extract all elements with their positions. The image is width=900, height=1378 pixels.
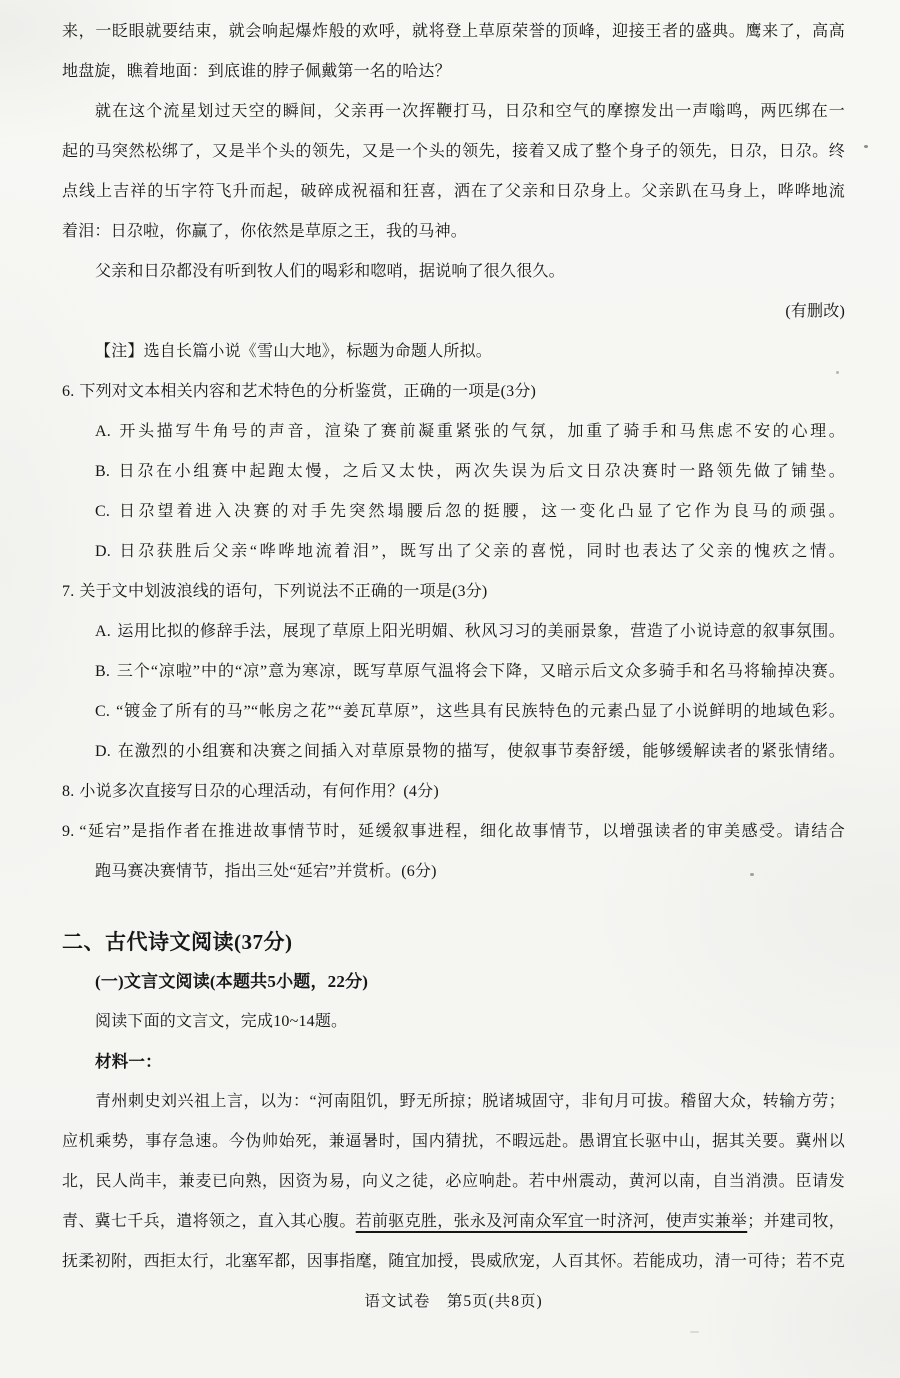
section-2-subsection-title: (一)文言文阅读(本题共5小题，22分)	[62, 962, 845, 1002]
scan-speck	[864, 145, 868, 148]
option-label: C.	[95, 503, 110, 520]
option-text: 运用比拟的修辞手法，展现了草原上阳光明媚、秋风习习的美丽景象，营造了小说诗意的叙…	[117, 623, 845, 640]
question-8-stem: 8.小说多次直接写日尕的心理活动，有何作用？(4分)	[62, 772, 845, 812]
question-9-stem-text: “延宕”是指作者在推进故事情节时，延缓叙事进程，细化故事情节，以增强读者的审美感…	[79, 823, 845, 840]
option-label: B.	[95, 463, 110, 480]
question-7-option-b: B.三个“凉啦”中的“凉”意为寒凉，既写草原气温将会下降，又暗示后文众多骑手和名…	[62, 652, 845, 692]
classical-line: 应机乘势，事存急速。今伪帅始死，兼逼暑时，国内猜扰，不暇远赴。愚谓宜长驱中山，据…	[62, 1122, 845, 1162]
question-6-number: 6.	[62, 383, 74, 400]
option-label: D.	[95, 743, 111, 760]
option-label: C.	[95, 703, 110, 720]
underlined-classical-text: 若前驱克胜，张永及河南众军宜一时济河，使声实兼举	[356, 1213, 748, 1230]
option-text: “镀金了所有的马”“帐房之花”“姜瓦草原”，这些具有民族特色的元素凸显了小说鲜明…	[116, 703, 845, 720]
option-text: 日尕在小组赛中起跑太慢，之后又太快，两次失误为后文日尕决赛时一路领先做了铺垫。	[116, 463, 845, 480]
question-7-stem-text: 关于文中划波浪线的语句，下列说法不正确的一项是(3分)	[79, 583, 487, 600]
passage-line: 来，一眨眼就要结束，就会响起爆炸般的欢呼，就将登上草原荣誉的顶峰，迎接王者的盛典…	[62, 12, 845, 52]
page-content: 来，一眨眼就要结束，就会响起爆炸般的欢呼，就将登上草原荣誉的顶峰，迎接王者的盛典…	[62, 12, 845, 1322]
question-7-stem: 7.关于文中划波浪线的语句，下列说法不正确的一项是(3分)	[62, 572, 845, 612]
passage-line: 点线上吉祥的卐字符飞升而起，破碎成祝福和狂喜，洒在了父亲和日尕身上。父亲趴在马身…	[62, 172, 845, 212]
question-7-option-a: A.运用比拟的修辞手法，展现了草原上阳光明媚、秋风习习的美丽景象，营造了小说诗意…	[62, 612, 845, 652]
page-footer: 语文试卷 第5页(共8页)	[62, 1282, 845, 1322]
option-text: 在激烈的小组赛和决赛之间插入对草原景物的描写，使叙事节奏舒缓，能够缓解读者的紧张…	[117, 743, 845, 760]
option-text: 日尕获胜后父亲“哗哗地流着泪”，既写出了父亲的喜悦，同时也表达了父亲的愧疚之情。	[117, 543, 845, 560]
passage-line: 地盘旋，瞧着地面：到底谁的脖子佩戴第一名的哈达？	[62, 52, 845, 92]
section-2-title: 二、古代诗文阅读(37分)	[62, 922, 845, 962]
material-1-label: 材料一：	[62, 1042, 845, 1082]
option-text: 三个“凉啦”中的“凉”意为寒凉，既写草原气温将会下降，又暗示后文众多骑手和名马将…	[116, 663, 845, 680]
scan-speck	[690, 1331, 699, 1333]
classical-line: 抚柔初附，西拒太行，北塞军都，因事指麾，随宜加授，畏威欣宠，人百其怀。若能成功，…	[62, 1242, 845, 1282]
classical-line: 北，民人尚丰，兼麦已向熟，因资为易，向义之徒，必应响赴。若中州震动，黄河以南，自…	[62, 1162, 845, 1202]
passage-line: 就在这个流星划过天空的瞬间，父亲再一次挥鞭打马，日尕和空气的摩擦发出一声嗡鸣，两…	[62, 92, 845, 132]
option-label: B.	[95, 663, 110, 680]
option-label: A.	[95, 623, 111, 640]
question-8-number: 8.	[62, 783, 74, 800]
source-note: 【注】选自长篇小说《雪山大地》，标题为命题人所拟。	[62, 332, 845, 372]
question-6-option-c: C.日尕望着进入决赛的对手先突然塌腰后忽的挺腰，这一变化凸显了它作为良马的顽强。	[62, 492, 845, 532]
question-7-option-c: C.“镀金了所有的马”“帐房之花”“姜瓦草原”，这些具有民族特色的元素凸显了小说…	[62, 692, 845, 732]
question-9-stem-line1: 9.“延宕”是指作者在推进故事情节时，延缓叙事进程，细化故事情节，以增强读者的审…	[62, 812, 845, 852]
option-label: A.	[95, 423, 111, 440]
classical-text: ；并建司牧，	[747, 1213, 845, 1230]
passage-line: 父亲和日尕都没有听到牧人们的喝彩和唿哨，据说响了很久很久。	[62, 252, 845, 292]
question-7-number: 7.	[62, 583, 74, 600]
question-9-stem-line2: 跑马赛决赛情节，指出三处“延宕”并赏析。(6分)	[62, 852, 845, 892]
classical-line: 青州刺史刘兴祖上言，以为：“河南阻饥，野无所掠；脱诸城固守，非旬月可拔。稽留大众…	[62, 1082, 845, 1122]
question-6-option-d: D.日尕获胜后父亲“哗哗地流着泪”，既写出了父亲的喜悦，同时也表达了父亲的愧疚之…	[62, 532, 845, 572]
classical-text: 青、冀七千兵，遣将领之，直入其心腹。	[62, 1213, 356, 1230]
question-6-option-b: B.日尕在小组赛中起跑太慢，之后又太快，两次失误为后文日尕决赛时一路领先做了铺垫…	[62, 452, 845, 492]
question-8-stem-text: 小说多次直接写日尕的心理活动，有何作用？(4分)	[79, 783, 438, 800]
classical-line-with-underline: 青、冀七千兵，遣将领之，直入其心腹。若前驱克胜，张永及河南众军宜一时济河，使声实…	[62, 1202, 845, 1242]
option-label: D.	[95, 543, 111, 560]
option-text: 开头描写牛角号的声音，渲染了赛前凝重紧张的气氛，加重了骑手和马焦虑不安的心理。	[117, 423, 845, 440]
question-6-option-a: A.开头描写牛角号的声音，渲染了赛前凝重紧张的气氛，加重了骑手和马焦虑不安的心理…	[62, 412, 845, 452]
section-2-instruction: 阅读下面的文言文，完成10~14题。	[62, 1002, 845, 1042]
passage-line: 起的马突然松绑了，又是半个头的领先，又是一个头的领先，接着又成了整个身子的领先，…	[62, 132, 845, 172]
exam-page-scan: 来，一眨眼就要结束，就会响起爆炸般的欢呼，就将登上草原荣誉的顶峰，迎接王者的盛典…	[0, 0, 900, 1378]
question-9-number: 9.	[62, 823, 74, 840]
deletion-note: (有删改)	[62, 292, 845, 332]
option-text: 日尕望着进入决赛的对手先突然塌腰后忽的挺腰，这一变化凸显了它作为良马的顽强。	[116, 503, 845, 520]
question-6-stem: 6.下列对文本相关内容和艺术特色的分析鉴赏，正确的一项是(3分)	[62, 372, 845, 412]
passage-line: 着泪：日尕啦，你赢了，你依然是草原之王，我的马神。	[62, 212, 845, 252]
question-7-option-d: D.在激烈的小组赛和决赛之间插入对草原景物的描写，使叙事节奏舒缓，能够缓解读者的…	[62, 732, 845, 772]
question-6-stem-text: 下列对文本相关内容和艺术特色的分析鉴赏，正确的一项是(3分)	[79, 383, 536, 400]
